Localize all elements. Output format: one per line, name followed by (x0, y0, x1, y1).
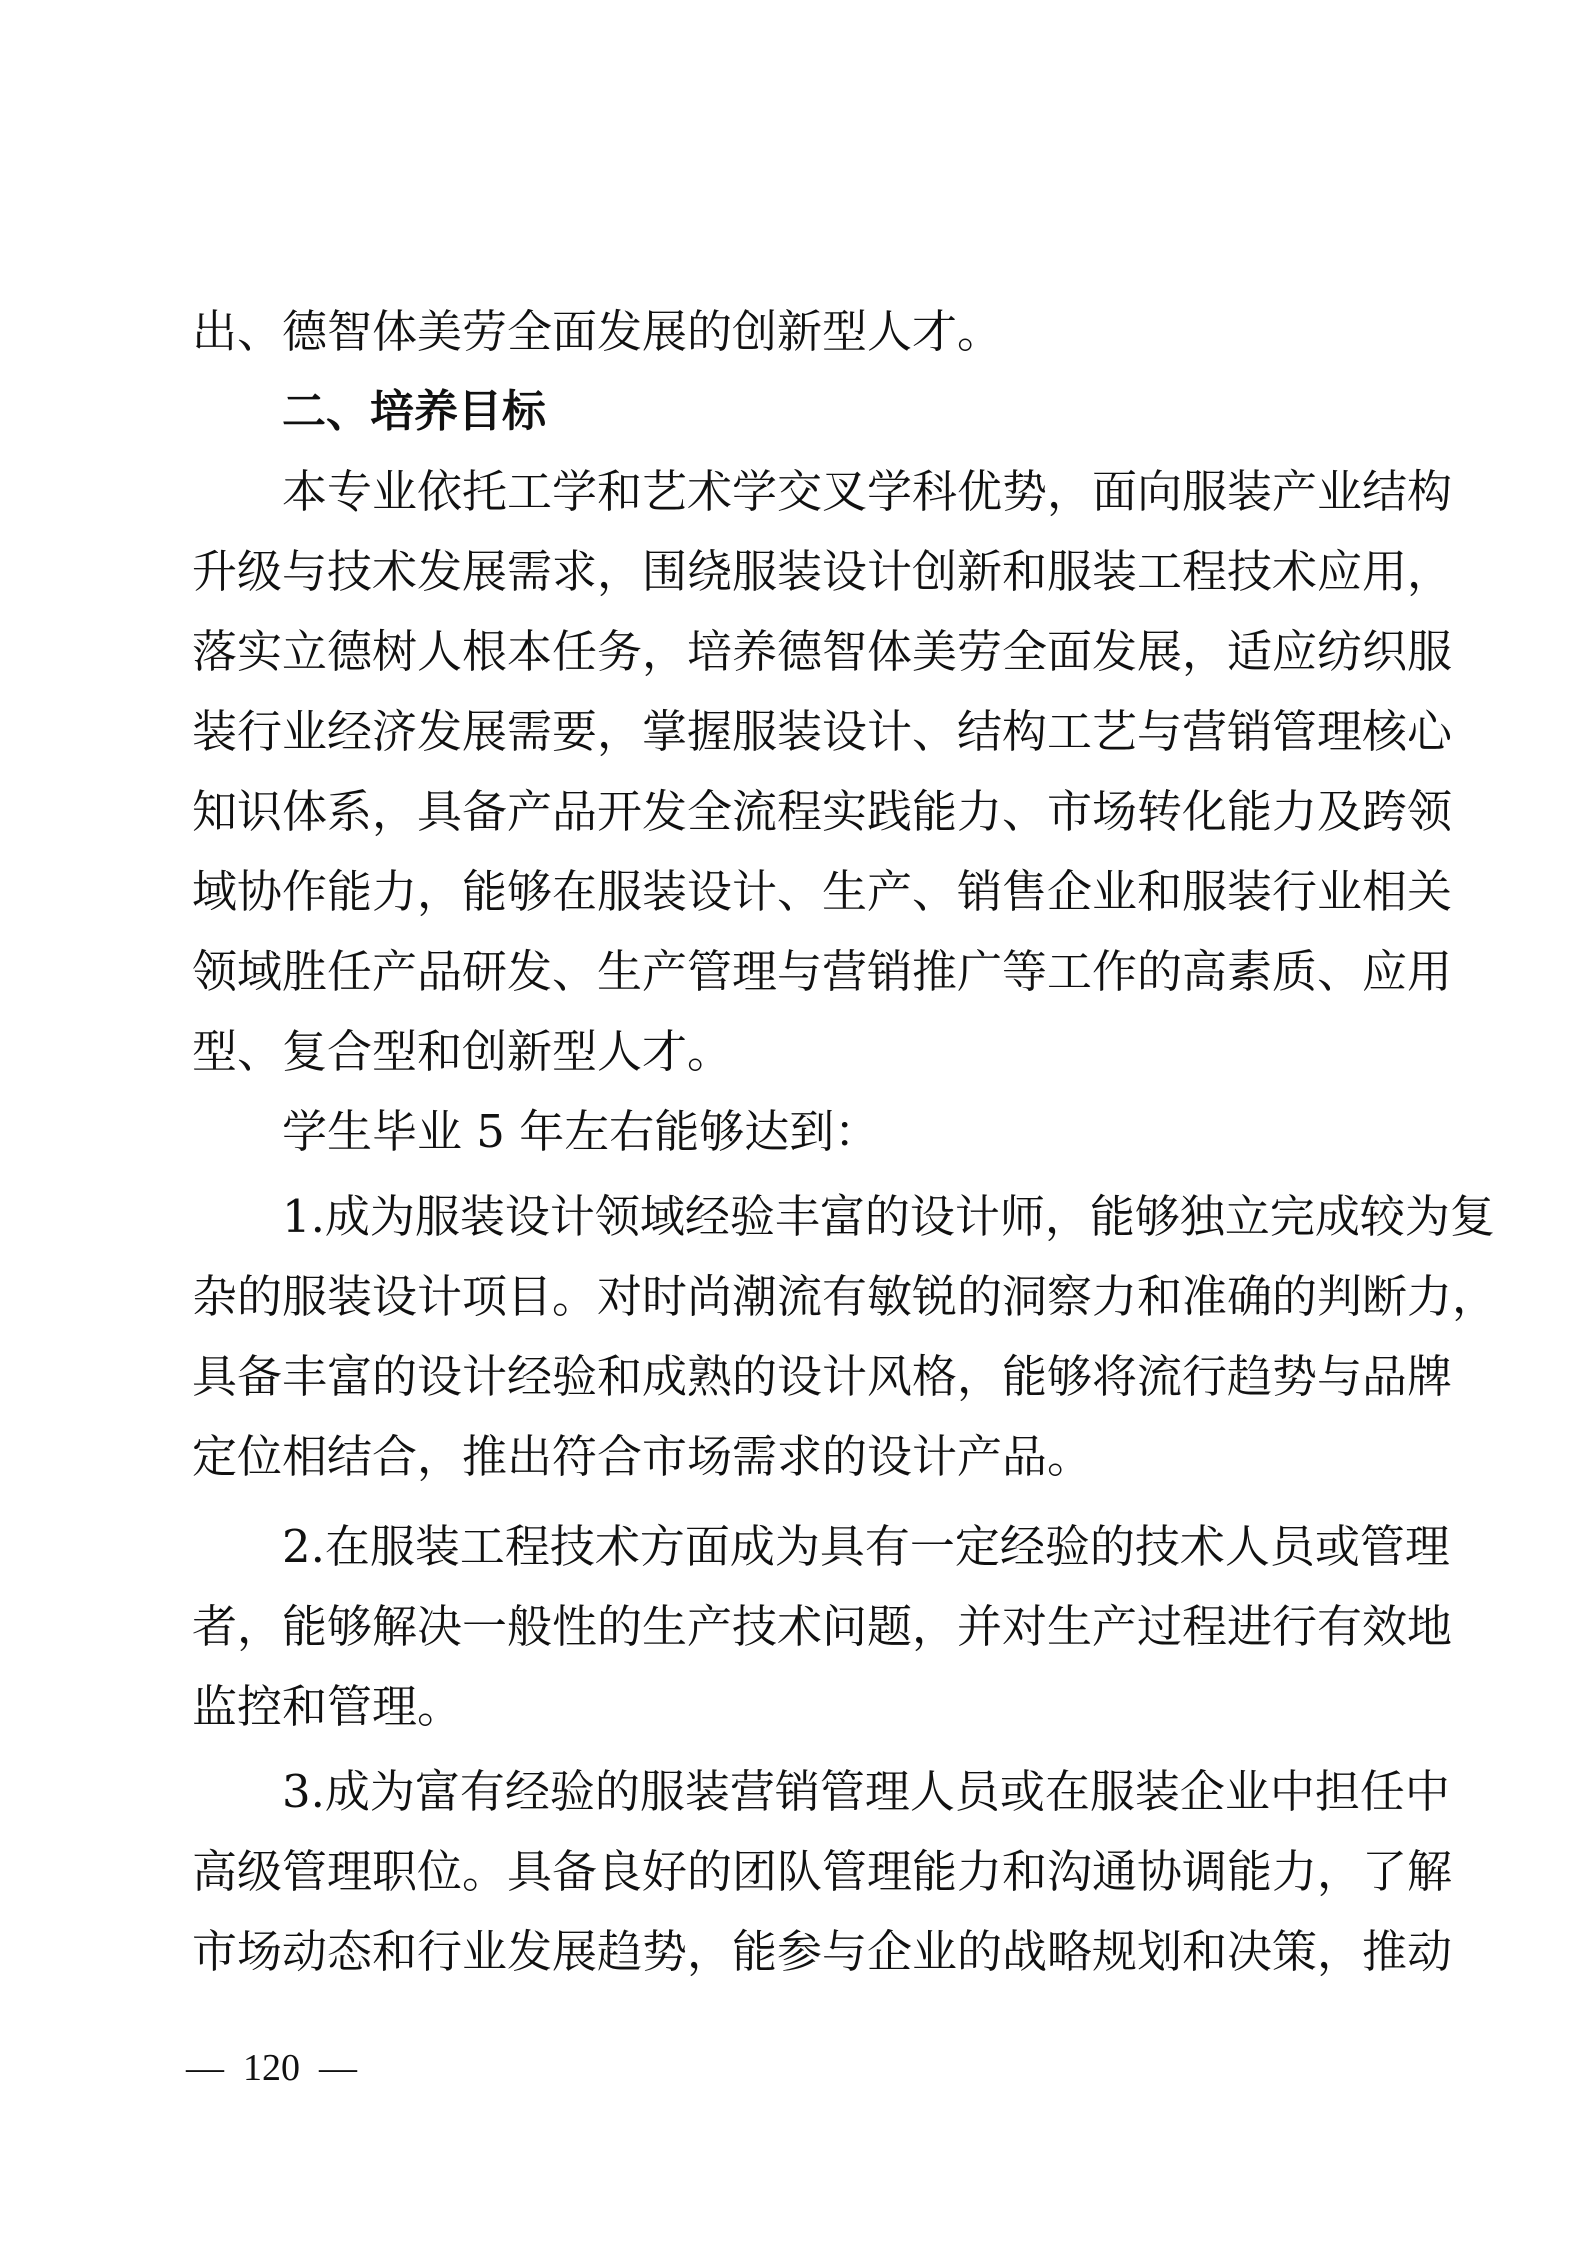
body-text-line: 1.成为服装设计领域经验丰富的设计师，能够独立完成较为复 (282, 1187, 1402, 1247)
page-number: — 120 — (186, 2043, 357, 2093)
body-text-line: 杂的服装设计项目。对时尚潮流有敏锐的洞察力和准确的判断力， (192, 1267, 1402, 1327)
body-text-line: 落实立德树人根本任务，培养德智体美劳全面发展，适应纺织服 (192, 622, 1402, 682)
body-text-line: 监控和管理。 (192, 1677, 1402, 1737)
body-text-line: 型、复合型和创新型人才。 (192, 1022, 1402, 1082)
body-text-line: 升级与技术发展需求，围绕服装设计创新和服装工程技术应用， (192, 542, 1402, 602)
body-text-line: 3.成为富有经验的服装营销管理人员或在服装企业中担任中 (282, 1762, 1402, 1822)
body-text-line: 学生毕业 5 年左右能够达到： (282, 1102, 1402, 1162)
body-text-line: 定位相结合，推出符合市场需求的设计产品。 (192, 1427, 1402, 1487)
body-text-line: 市场动态和行业发展趋势，能参与企业的战略规划和决策，推动 (192, 1922, 1402, 1982)
body-text-line: 者，能够解决一般性的生产技术问题，并对生产过程进行有效地 (192, 1597, 1402, 1657)
body-text-line: 高级管理职位。具备良好的团队管理能力和沟通协调能力，了解 (192, 1842, 1402, 1902)
section-heading: 二、培养目标 (282, 382, 546, 442)
body-text-line: 装行业经济发展需要，掌握服装设计、结构工艺与营销管理核心 (192, 702, 1402, 762)
body-text-line: 域协作能力，能够在服装设计、生产、销售企业和服装行业相关 (192, 862, 1402, 922)
body-text-line: 领域胜任产品研发、生产管理与营销推广等工作的高素质、应用 (192, 942, 1402, 1002)
body-text-line: 知识体系，具备产品开发全流程实践能力、市场转化能力及跨领 (192, 782, 1402, 842)
body-text-line: 具备丰富的设计经验和成熟的设计风格，能够将流行趋势与品牌 (192, 1347, 1402, 1407)
body-text-line: 出、德智体美劳全面发展的创新型人才。 (192, 302, 1402, 362)
body-text-line: 本专业依托工学和艺术学交叉学科优势，面向服装产业结构 (282, 462, 1402, 522)
body-text-line: 2.在服装工程技术方面成为具有一定经验的技术人员或管理 (282, 1517, 1402, 1577)
